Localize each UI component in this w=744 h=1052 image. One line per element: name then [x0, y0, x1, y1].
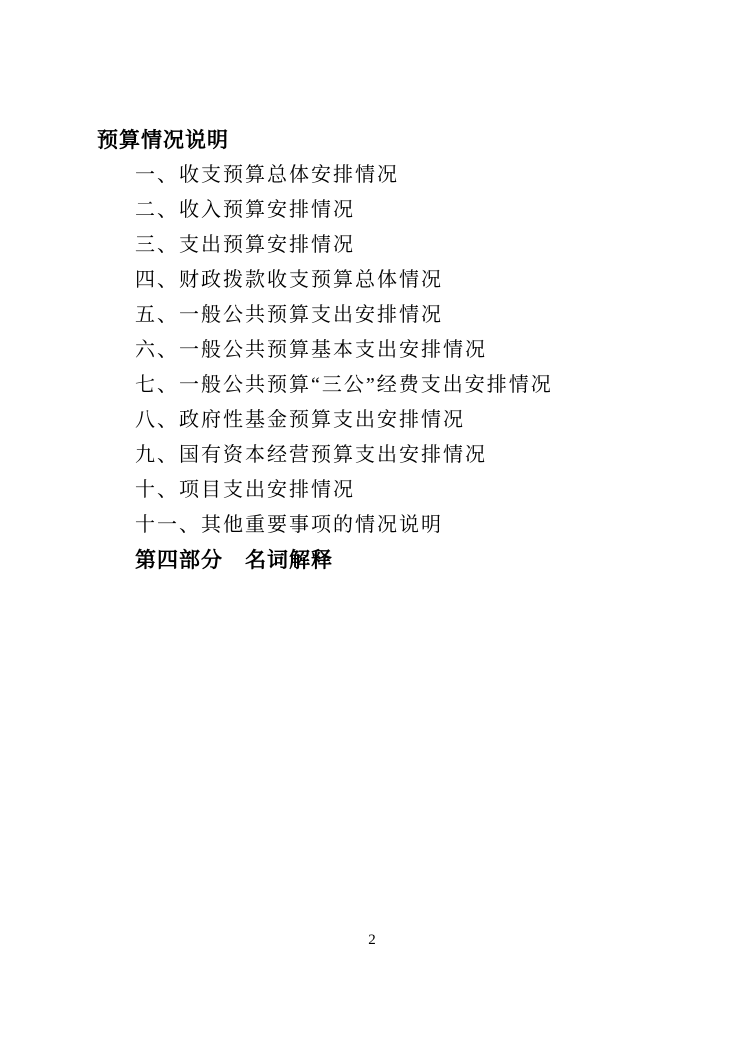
toc-item: 七、一般公共预算“三公”经费支出安排情况	[97, 368, 657, 403]
toc-item: 十、项目支出安排情况	[97, 473, 657, 508]
toc-item: 四、财政拨款收支预算总体情况	[97, 263, 657, 298]
document-heading: 预算情况说明	[97, 123, 657, 158]
document-page: 预算情况说明 一、收支预算总体安排情况 二、收入预算安排情况 三、支出预算安排情…	[0, 0, 744, 1052]
toc-item: 十一、其他重要事项的情况说明	[97, 508, 657, 543]
toc-item: 九、国有资本经营预算支出安排情况	[97, 438, 657, 473]
section-heading: 第四部分 名词解释	[97, 543, 657, 578]
document-content: 预算情况说明 一、收支预算总体安排情况 二、收入预算安排情况 三、支出预算安排情…	[97, 123, 657, 578]
toc-item: 三、支出预算安排情况	[97, 228, 657, 263]
toc-list: 一、收支预算总体安排情况 二、收入预算安排情况 三、支出预算安排情况 四、财政拨…	[97, 158, 657, 543]
toc-item: 五、一般公共预算支出安排情况	[97, 298, 657, 333]
toc-item: 一、收支预算总体安排情况	[97, 158, 657, 193]
toc-item: 六、一般公共预算基本支出安排情况	[97, 333, 657, 368]
page-number: 2	[0, 930, 744, 950]
toc-item: 八、政府性基金预算支出安排情况	[97, 403, 657, 438]
toc-item: 二、收入预算安排情况	[97, 193, 657, 228]
